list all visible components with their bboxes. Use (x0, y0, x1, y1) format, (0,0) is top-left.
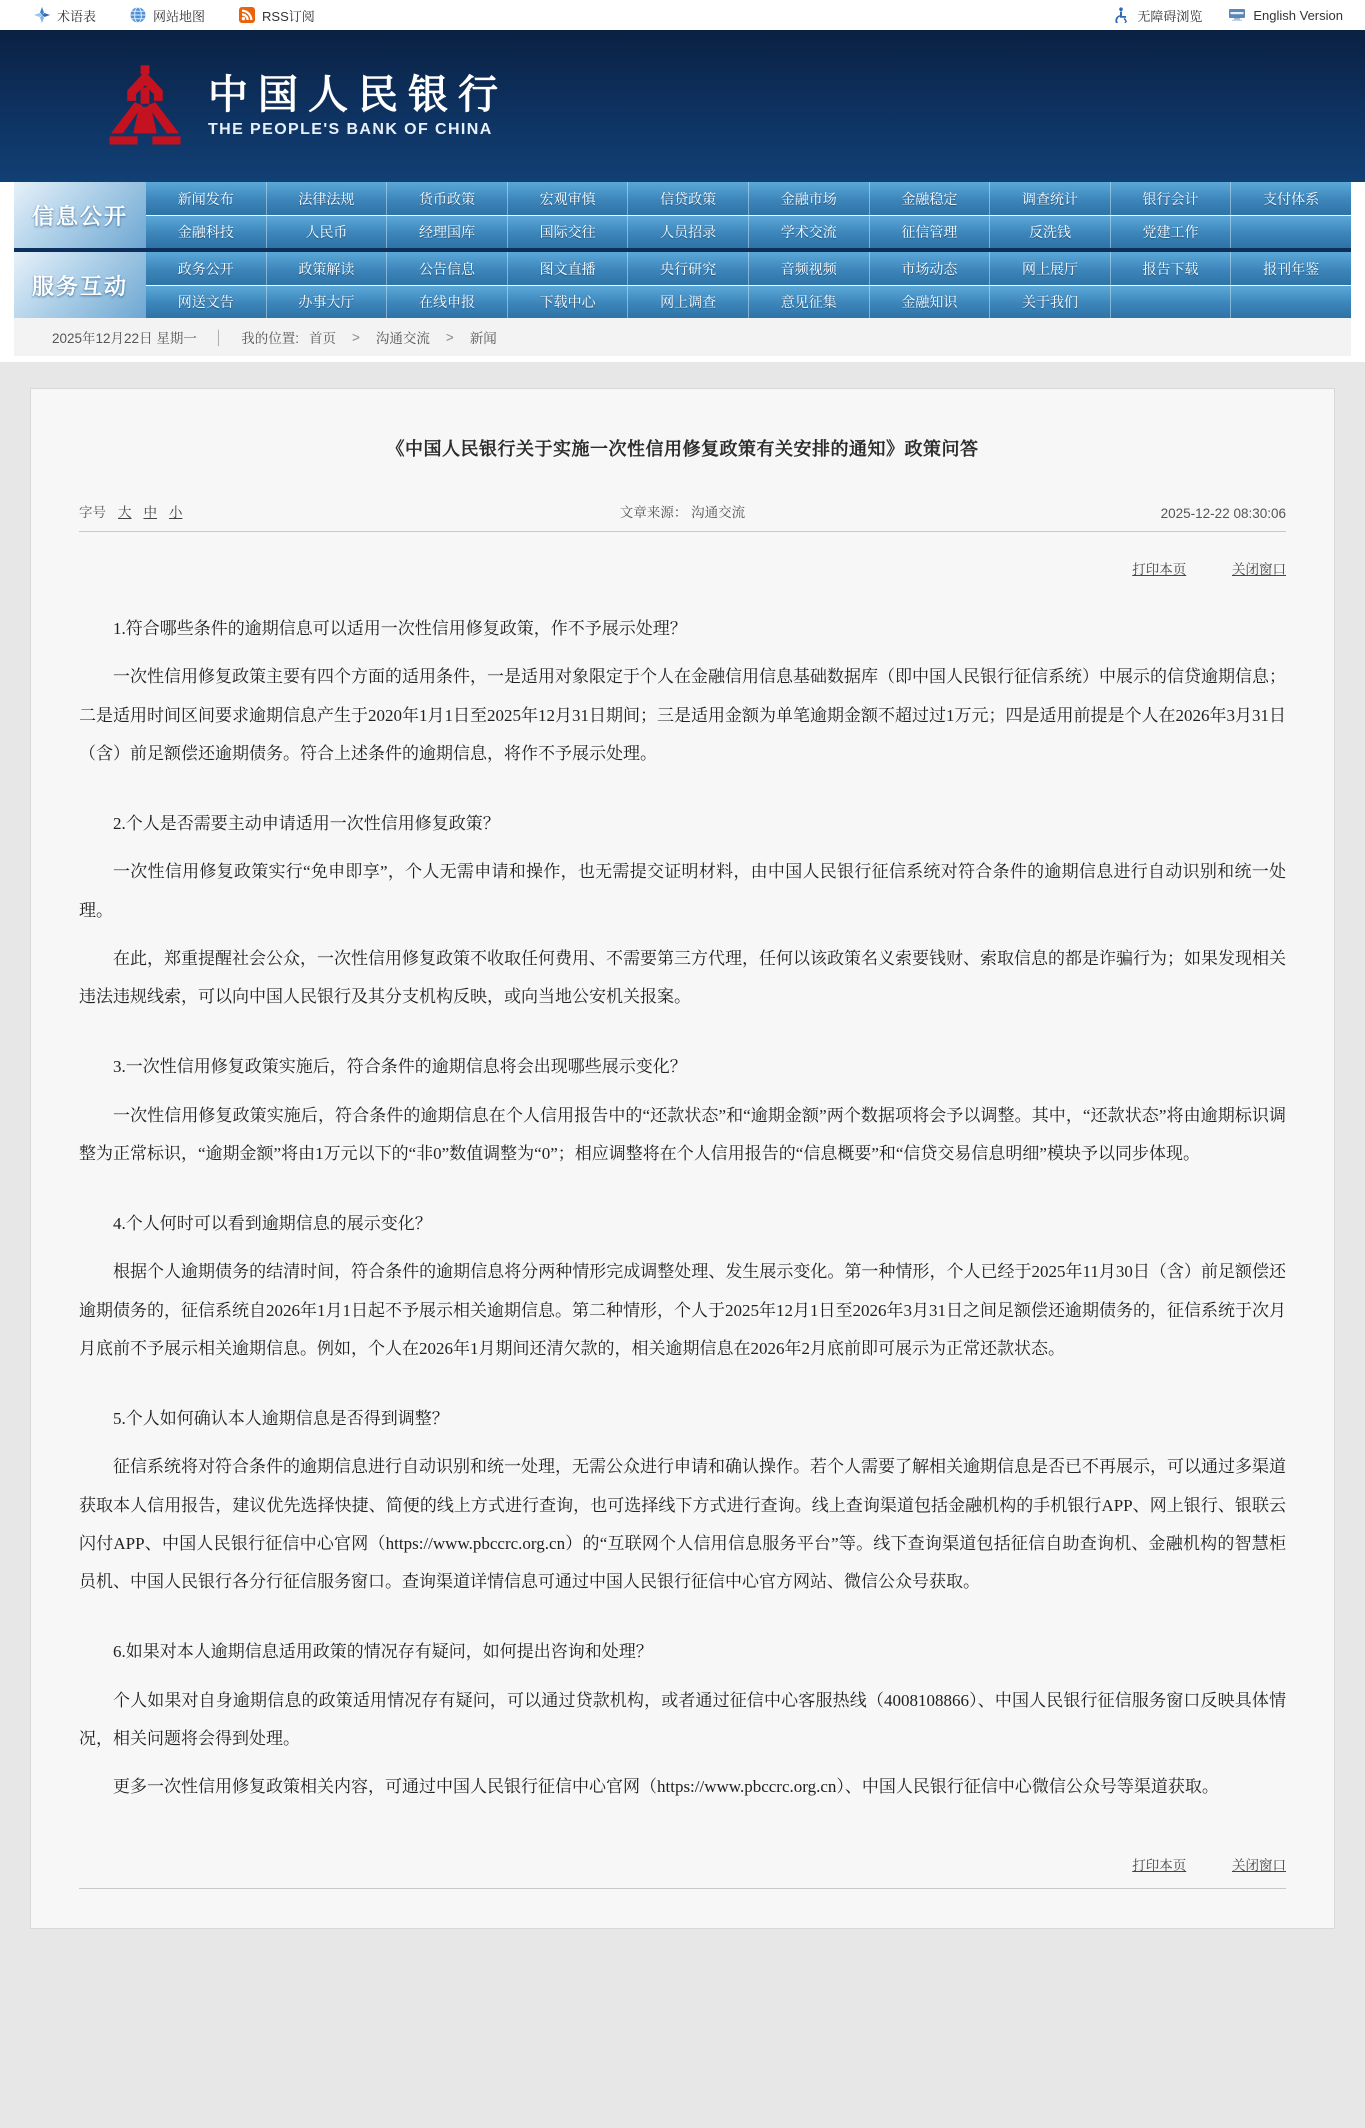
breadcrumb-news[interactable]: 新闻 (470, 327, 497, 347)
nav-item-online-documents[interactable]: 网送文告 (146, 286, 267, 318)
qa-question: 5.个人如何确认本人逾期信息是否得到调整？ (79, 1400, 1286, 1438)
nav-item-monetary-policy[interactable]: 货币政策 (387, 182, 508, 215)
nav-item-market-dynamics[interactable]: 市场动态 (870, 252, 991, 285)
nav-item-statistics[interactable]: 调查统计 (990, 182, 1111, 215)
qa-answer: 一次性信用修复政策实行“免申即享”，个人无需申请和操作，也无需提交证明材料，由中… (79, 853, 1286, 930)
breadcrumb: 2025年12月22日 星期一 │ 我的位置: 首页 > 沟通交流 > 新闻 (14, 318, 1351, 356)
nav-item-fintech[interactable]: 金融科技 (146, 216, 267, 248)
nav-item-empty (1231, 286, 1351, 318)
nav-item-financial-markets[interactable]: 金融市场 (749, 182, 870, 215)
nav-item-empty (1231, 216, 1351, 248)
nav-item-international[interactable]: 国际交往 (508, 216, 629, 248)
qa-answer: 一次性信用修复政策主要有四个方面的适用条件，一是适用对象限定于个人在金融信用信息… (79, 658, 1286, 773)
breadcrumb-communication[interactable]: 沟通交流 (376, 327, 430, 347)
breadcrumb-home[interactable]: 首页 (309, 327, 336, 347)
breadcrumb-separator: > (346, 330, 366, 345)
nav-item-credit-policy[interactable]: 信贷政策 (628, 182, 749, 215)
brand-block: 中国人民银行 THE PEOPLE'S BANK OF CHINA (208, 73, 508, 139)
nav-item-periodicals[interactable]: 报刊年鉴 (1231, 252, 1351, 285)
nav-item-laws[interactable]: 法律法规 (267, 182, 388, 215)
nav-item-gov-affairs[interactable]: 政务公开 (146, 252, 267, 285)
article-body: 1.符合哪些条件的逾期信息可以适用一次性信用修复政策，作不予展示处理？ 一次性信… (79, 610, 1286, 1806)
article-panel: 《中国人民银行关于实施一次性信用修复政策有关安排的通知》政策问答 字号 大 中 … (30, 388, 1335, 1929)
nav-row: 金融科技 人民币 经理国库 国际交往 人员招录 学术交流 征信管理 反洗钱 党建… (146, 215, 1351, 248)
rss-link[interactable]: RSS订阅 (239, 6, 315, 25)
glossary-link[interactable]: 术语表 (34, 6, 96, 25)
article-actions-bottom: 打印本页 关闭窗口 (79, 1854, 1286, 1874)
nav-rows-info: 新闻发布 法律法规 货币政策 宏观审慎 信贷政策 金融市场 金融稳定 调查统计 … (146, 182, 1351, 248)
nav-item-financial-stability[interactable]: 金融稳定 (870, 182, 991, 215)
nav-item-academic[interactable]: 学术交流 (749, 216, 870, 248)
nav-item-macroprudential[interactable]: 宏观审慎 (508, 182, 629, 215)
utility-left: 术语表 网站地图 RSS订阅 (34, 6, 315, 25)
print-page-link[interactable]: 打印本页 (1132, 1858, 1186, 1873)
source-link[interactable]: 沟通交流 (691, 505, 745, 520)
qa-answer: 征信系统将对符合条件的逾期信息进行自动识别和统一处理，无需公众进行申请和确认操作… (79, 1448, 1286, 1601)
sitemap-link[interactable]: 网站地图 (130, 6, 205, 25)
qa-question: 2.个人是否需要主动申请适用一次性信用修复政策？ (79, 805, 1286, 843)
nav-rows-service: 政务公开 政策解读 公告信息 图文直播 央行研究 音频视频 市场动态 网上展厅 … (146, 252, 1351, 318)
qa-answer: 根据个人逾期债务的结清时间，符合条件的逾期信息将分两种情形完成调整处理、发生展示… (79, 1253, 1286, 1368)
rss-label: RSS订阅 (262, 6, 315, 25)
nav-item-recruitment[interactable]: 人员招录 (628, 216, 749, 248)
nav-item-online-filing[interactable]: 在线申报 (387, 286, 508, 318)
article-meta: 字号 大 中 小 文章来源： 沟通交流 2025-12-22 08:30:06 (79, 501, 1286, 532)
pbc-logo (108, 58, 182, 154)
accessibility-link[interactable]: 无障碍浏览 (1114, 6, 1202, 25)
globe-icon (130, 7, 146, 23)
publish-datetime: 2025-12-22 08:30:06 (909, 506, 1286, 521)
nav-row: 网送文告 办事大厅 在线申报 下载中心 网上调查 意见征集 金融知识 关于我们 (146, 285, 1351, 318)
main-nav: 信息公开 新闻发布 法律法规 货币政策 宏观审慎 信贷政策 金融市场 金融稳定 … (0, 182, 1365, 318)
nav-section-service: 服务互动 政务公开 政策解读 公告信息 图文直播 央行研究 音频视频 市场动态 … (14, 252, 1351, 318)
nav-section-label-info[interactable]: 信息公开 (14, 182, 146, 248)
close-window-link[interactable]: 关闭窗口 (1232, 1858, 1286, 1873)
nav-item-party-building[interactable]: 党建工作 (1111, 216, 1232, 248)
nav-item-research[interactable]: 央行研究 (628, 252, 749, 285)
qa-answer: 一次性信用修复政策实施后，符合条件的逾期信息在个人信用报告中的“还款状态”和“逾… (79, 1097, 1286, 1174)
breadcrumb-separator: > (440, 330, 460, 345)
rss-icon (239, 7, 255, 23)
nav-row: 新闻发布 法律法规 货币政策 宏观审慎 信贷政策 金融市场 金融稳定 调查统计 … (146, 182, 1351, 215)
utility-right: 无障碍浏览 English Version (1114, 6, 1343, 25)
nav-item-policy-interpretation[interactable]: 政策解读 (267, 252, 388, 285)
font-size-controls: 字号 大 中 小 (79, 501, 456, 521)
glossary-label: 术语表 (57, 6, 96, 25)
compass-icon (34, 7, 50, 23)
nav-item-about-us[interactable]: 关于我们 (990, 286, 1111, 318)
site-banner: 中国人民银行 THE PEOPLE'S BANK OF CHINA (0, 30, 1365, 182)
english-version-link[interactable]: English Version (1228, 8, 1343, 23)
location-label: 我的位置: (241, 327, 299, 347)
source-label: 文章来源： (620, 505, 688, 520)
font-size-label: 字号 (79, 501, 106, 521)
font-size-small[interactable]: 小 (169, 501, 183, 521)
article-source: 文章来源： 沟通交流 (456, 501, 909, 521)
nav-item-audio-video[interactable]: 音频视频 (749, 252, 870, 285)
closing-note: 更多一次性信用修复政策相关内容，可通过中国人民银行征信中心官网（https://… (79, 1768, 1286, 1806)
nav-item-live-broadcast[interactable]: 图文直播 (508, 252, 629, 285)
nav-section-info: 信息公开 新闻发布 法律法规 货币政策 宏观审慎 信贷政策 金融市场 金融稳定 … (14, 182, 1351, 248)
accessibility-label: 无障碍浏览 (1137, 6, 1202, 25)
nav-item-download-center[interactable]: 下载中心 (508, 286, 629, 318)
print-page-link[interactable]: 打印本页 (1132, 562, 1186, 577)
nav-item-rmb[interactable]: 人民币 (267, 216, 388, 248)
nav-item-online-exhibition[interactable]: 网上展厅 (990, 252, 1111, 285)
current-date: 2025年12月22日 星期一 (52, 327, 197, 347)
accessibility-icon (1114, 7, 1130, 23)
nav-item-announcements[interactable]: 公告信息 (387, 252, 508, 285)
nav-item-financial-knowledge[interactable]: 金融知识 (870, 286, 991, 318)
nav-row: 政务公开 政策解读 公告信息 图文直播 央行研究 音频视频 市场动态 网上展厅 … (146, 252, 1351, 285)
site-name-zh: 中国人民银行 (208, 73, 508, 117)
utility-bar: 术语表 网站地图 RSS订阅 无障碍浏览 English Version (0, 0, 1365, 30)
nav-item-empty (1111, 286, 1232, 318)
footer-divider (79, 1888, 1286, 1902)
nav-item-online-survey[interactable]: 网上调查 (628, 286, 749, 318)
nav-section-label-service[interactable]: 服务互动 (14, 252, 146, 318)
qa-question: 4.个人何时可以看到逾期信息的展示变化？ (79, 1205, 1286, 1243)
font-size-large[interactable]: 大 (118, 501, 132, 521)
site-name-en: THE PEOPLE'S BANK OF CHINA (208, 121, 508, 139)
article-actions-top: 打印本页 关闭窗口 (79, 558, 1286, 578)
nav-item-treasury[interactable]: 经理国库 (387, 216, 508, 248)
breadcrumb-wrap: 2025年12月22日 星期一 │ 我的位置: 首页 > 沟通交流 > 新闻 (0, 318, 1365, 362)
qa-question: 6.如果对本人逾期信息适用政策的情况存有疑问，如何提出咨询和处理？ (79, 1633, 1286, 1671)
nav-item-accounting[interactable]: 银行会计 (1111, 182, 1232, 215)
close-window-link[interactable]: 关闭窗口 (1232, 562, 1286, 577)
flag-icon (1228, 8, 1246, 22)
nav-item-payment-system[interactable]: 支付体系 (1231, 182, 1351, 215)
nav-item-news[interactable]: 新闻发布 (146, 182, 267, 215)
nav-item-report-download[interactable]: 报告下载 (1111, 252, 1232, 285)
nav-item-service-hall[interactable]: 办事大厅 (267, 286, 388, 318)
qa-answer: 在此，郑重提醒社会公众，一次性信用修复政策不收取任何费用、不需要第三方代理，任何… (79, 940, 1286, 1017)
qa-question: 1.符合哪些条件的逾期信息可以适用一次性信用修复政策，作不予展示处理？ (79, 610, 1286, 648)
qa-answer: 个人如果对自身逾期信息的政策适用情况存有疑问，可以通过贷款机构，或者通过征信中心… (79, 1682, 1286, 1759)
nav-item-aml[interactable]: 反洗钱 (990, 216, 1111, 248)
nav-item-solicitation[interactable]: 意见征集 (749, 286, 870, 318)
nav-item-credit-reporting[interactable]: 征信管理 (870, 216, 991, 248)
breadcrumb-divider: │ (207, 330, 231, 345)
page-title: 《中国人民银行关于实施一次性信用修复政策有关安排的通知》政策问答 (79, 435, 1286, 461)
sitemap-label: 网站地图 (153, 6, 205, 25)
font-size-medium[interactable]: 中 (144, 501, 158, 521)
qa-question: 3.一次性信用修复政策实施后，符合条件的逾期信息将会出现哪些展示变化？ (79, 1048, 1286, 1086)
english-version-label: English Version (1253, 8, 1343, 23)
